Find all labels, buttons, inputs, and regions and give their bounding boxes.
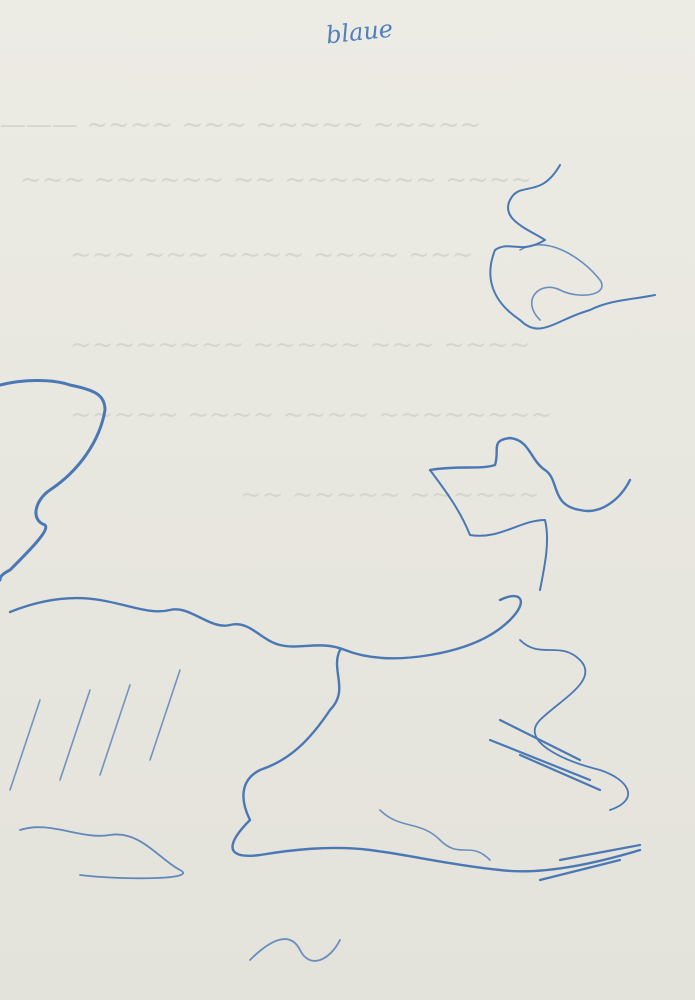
ink-scribbles (0, 0, 695, 1000)
